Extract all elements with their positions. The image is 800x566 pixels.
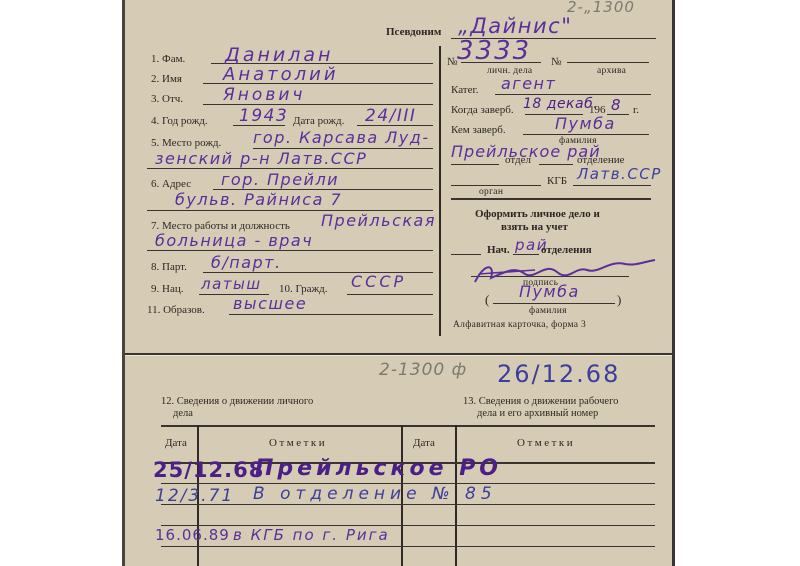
field-4-label: 4. Год рожд.: [151, 115, 208, 127]
field-2-label: 2. Имя: [151, 73, 182, 85]
field-5-line-2: [147, 168, 433, 169]
instruction-line-1: Оформить личное дело и: [475, 208, 600, 220]
recruited-when-label: Когда заверб.: [451, 104, 514, 116]
field-7-line-2: [147, 250, 433, 251]
section-12-title: 12. Сведения о движении личного: [161, 396, 313, 407]
section-13-title: 13. Сведения о движении рабочего: [463, 396, 618, 407]
year-suffix-value: 8: [611, 96, 622, 114]
col-header-date-2: Дата: [413, 437, 435, 449]
pencil-note-lower: 2-1300 ф: [379, 360, 467, 380]
recruited-by-label: Кем заверб.: [451, 124, 506, 136]
organ-line: [451, 185, 541, 186]
instruction-line-2: взять на учет: [501, 221, 568, 233]
field-5-value: гор. Карсава Луд-: [253, 128, 430, 147]
col-header-notes-2: Отметки: [517, 437, 575, 449]
row-3-date: 16.06.89: [155, 526, 230, 544]
section-12-title-2: дела: [173, 408, 193, 419]
table-top-rule: [161, 425, 655, 427]
field-7-value-line2: больница - врач: [155, 231, 313, 250]
bracket-close: ): [617, 292, 621, 308]
organ-caption: орган: [479, 187, 503, 197]
field-3-value: Янович: [223, 85, 305, 105]
field-1-value: Данилан: [225, 44, 333, 66]
col-header-date-1: Дата: [165, 437, 187, 449]
archive-no-sign: №: [551, 56, 562, 68]
personal-file-number: 3333: [457, 36, 531, 66]
field-9-value: латыш: [201, 275, 262, 293]
card-fold-line: [125, 353, 672, 355]
signature-name-line: [493, 303, 615, 304]
field-7-value: Прейльская: [321, 211, 436, 230]
field-11-line: [229, 314, 433, 315]
row-2-note: В отделение № 85: [253, 484, 497, 504]
bracket-open: (: [485, 292, 489, 308]
recruited-by-value: Пумба: [555, 114, 616, 133]
birth-date-label: Дата рожд.: [293, 115, 344, 127]
row-rule-2: [161, 504, 655, 505]
kgb-value: Латв.ССР: [577, 165, 662, 183]
pseudonym-value: „Дайнис": [458, 14, 572, 38]
signature-name-caption: фамилия: [529, 306, 567, 316]
department-line-b: [539, 164, 573, 165]
category-label: Катег.: [451, 84, 479, 96]
right-box-divider: [439, 46, 441, 336]
row-1-note: Прейльское РО: [255, 456, 502, 481]
row-2-date: 12/3.71: [155, 486, 234, 506]
field-10-value: СССР: [351, 272, 406, 291]
archive-caption: архива: [597, 66, 626, 76]
category-value: агент: [501, 74, 556, 93]
field-10-line: [347, 294, 433, 295]
archive-no-line: [567, 62, 649, 63]
alphabetical-index-card: Псевдоним „Дайнис" 2-„1300 1. Фам. Данил…: [122, 0, 675, 566]
organ-separator: [451, 198, 651, 200]
field-5-value-line2: зенский р-н Латв.ССР: [155, 149, 367, 168]
file-no-sign: №: [447, 56, 458, 68]
field-3-label: 3. Отч.: [151, 93, 183, 105]
kgb-line: [573, 185, 651, 186]
recruited-when-value: 18 декаб.: [523, 96, 598, 112]
kgb-label: КГБ: [547, 175, 567, 187]
row-3-note: в КГБ по г. Рига: [233, 526, 390, 544]
field-11-value: высшее: [233, 294, 307, 313]
pseudonym-label: Псевдоним: [386, 26, 441, 38]
field-9-label: 9. Нац.: [151, 283, 183, 295]
birth-date-value: 24/III: [365, 106, 416, 126]
date-stamp: 26/12.68: [497, 360, 620, 388]
recruited-by-line: [523, 134, 649, 135]
field-8-value: б/парт.: [211, 253, 282, 272]
field-6-value-line2: бульв. Райниса 7: [175, 190, 342, 209]
signature-name: Пумба: [519, 282, 580, 301]
section-13-title-2: дела и его архивный номер: [477, 408, 598, 419]
field-4-value: 1943: [239, 106, 288, 126]
field-2-value: Анатолий: [223, 64, 339, 85]
year-g: г.: [633, 104, 639, 116]
row-rule-4: [161, 546, 655, 547]
row-1-date: 25/12.68: [153, 458, 264, 482]
field-6-value: гор. Прейли: [221, 170, 339, 189]
department-value: Прейльское рай: [451, 142, 601, 161]
field-1-label: 1. Фам.: [151, 53, 185, 65]
field-11-label: 11. Образов.: [147, 304, 205, 316]
field-6-label: 6. Адрес: [151, 178, 191, 190]
form-title: Алфавитная карточка, форма 3: [453, 320, 586, 330]
department-line-a: [451, 164, 499, 165]
field-5-label: 5. Место рожд.: [151, 137, 221, 149]
category-line: [495, 94, 651, 95]
field-8-label: 8. Парт.: [151, 261, 187, 273]
col-header-notes-1: Отметки: [269, 437, 327, 449]
pencil-note-top: 2-„1300: [567, 0, 635, 16]
